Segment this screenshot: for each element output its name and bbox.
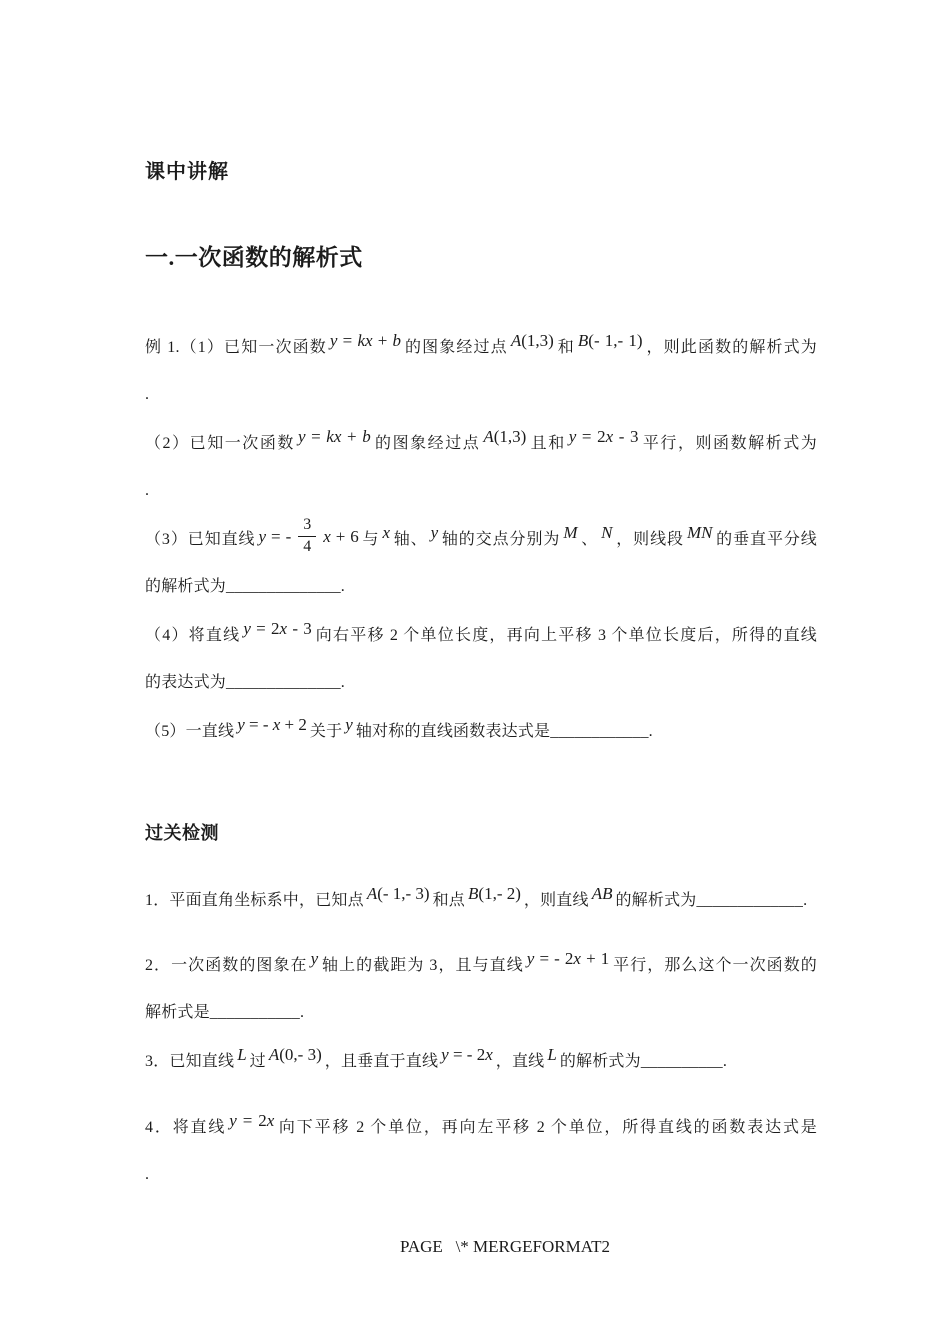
text-run: 关于 <box>310 723 342 740</box>
lecture-heading: 课中讲解 <box>145 148 817 196</box>
text-run: 向右平移 2 个单位长度，再向上平移 3 个单位长度后，所得的直线 <box>315 627 817 644</box>
example1-part5-line1: （5）一直线y = - x + 2关于y轴对称的直线函数表达式是________… <box>145 707 817 755</box>
document-content: 课中讲解 一.一次函数的解析式 例 1.（1）已知一次函数y = kx + b的… <box>0 148 950 1199</box>
text-run: 的图象经过点 <box>404 339 508 356</box>
text-run: ，则线段 <box>616 531 684 548</box>
example1-part2-line1: （2）已知一次函数y = kx + b的图象经过点A(1,3)且和y = 2x … <box>145 419 817 467</box>
text-run: 的解析式为_____________. <box>615 892 807 909</box>
test-q4-period: . <box>145 1151 817 1199</box>
test-questions-block: 1．平面直角坐标系中，已知点A(- 1,- 3)和点B(1,- 2)，则直线AB… <box>145 876 817 1199</box>
test-q3: 3．已知直线L过A(0,- 3)，且垂直于直线y = - 2x，直线L的解析式为… <box>145 1037 817 1085</box>
example-problems-block: 例 1.（1）已知一次函数y = kx + b的图象经过点A(1,3)和B(- … <box>145 323 817 755</box>
math-formula: y = kx + b <box>327 331 404 350</box>
math-formula: y <box>308 949 322 968</box>
text-run: （2）已知一次函数 <box>145 435 295 452</box>
text-run: 的表达式为______________. <box>145 674 345 691</box>
text-run: 轴、 <box>393 531 428 548</box>
math-formula: y = 2x <box>226 1111 277 1130</box>
text-run: 、 <box>581 531 599 548</box>
math-formula: y = kx + b <box>295 427 374 446</box>
example1-part4-line1: （4）将直线y = 2x - 3向右平移 2 个单位长度，再向上平移 3 个单位… <box>145 611 817 659</box>
example1-part1-line1: 例 1.（1）已知一次函数y = kx + b的图象经过点A(1,3)和B(- … <box>145 323 817 371</box>
math-formula: y = 2x - 3 <box>566 427 642 446</box>
text-run: 的图象经过点 <box>374 435 481 452</box>
fraction: 34 <box>298 517 316 556</box>
math-formula: x <box>379 523 393 542</box>
page-footer-field: PAGE \* MERGEFORMAT2 <box>400 1223 610 1271</box>
math-formula: y = - 2x + 1 <box>524 949 612 968</box>
text-run: 向下平移 2 个单位，再向左平移 2 个单位，所得直线的函数表达式是 <box>277 1119 817 1136</box>
text-run: 3．已知直线 <box>145 1053 234 1070</box>
text-run: 2．一次函数的图象在 <box>145 957 308 974</box>
math-formula: M <box>560 523 580 542</box>
test-q1: 1．平面直角坐标系中，已知点A(- 1,- 3)和点B(1,- 2)，则直线AB… <box>145 876 817 924</box>
test-q2-line2: 解析式是___________. <box>145 989 817 1037</box>
text-run: 的解析式为______________. <box>145 578 345 595</box>
math-formula: y <box>428 523 442 542</box>
math-formula: y = - 2x <box>438 1045 496 1064</box>
math-formula: N <box>598 523 615 542</box>
math-fraction-formula: y = - 34 x + 6 <box>255 527 361 546</box>
example1-part3-line1: （3）已知直线y = - 34 x + 6与x轴、y轴的交点分别为M、N，则线段… <box>145 515 817 563</box>
test-q4-line1: 4．将直线y = 2x向下平移 2 个单位，再向左平移 2 个单位，所得直线的函… <box>145 1103 817 1151</box>
text-run: 4．将直线 <box>145 1119 226 1136</box>
text-run: . <box>145 1166 149 1183</box>
text-run: 平行，那么这个一次函数的 <box>612 957 817 974</box>
math-formula: B(1,- 2) <box>465 884 524 903</box>
test-q2-line1: 2．一次函数的图象在y轴上的截距为 3，且与直线y = - 2x + 1平行，那… <box>145 941 817 989</box>
document-page: 课中讲解 一.一次函数的解析式 例 1.（1）已知一次函数y = kx + b的… <box>0 0 950 1344</box>
text-run: 例 1.（1）已知一次函数 <box>145 339 327 356</box>
text-run: （5）一直线 <box>145 723 234 740</box>
math-formula: L <box>544 1045 559 1064</box>
math-formula: y = - x + 2 <box>234 715 310 734</box>
math-formula: A(1,3) <box>480 427 529 446</box>
example1-part2-period: . <box>145 467 817 515</box>
text-run: . <box>145 386 149 403</box>
example1-part4-line2: 的表达式为______________. <box>145 659 817 707</box>
text-run: ，直线 <box>496 1053 545 1070</box>
text-run: 且和 <box>529 435 565 452</box>
math-formula: L <box>234 1045 249 1064</box>
math-formula: MN <box>684 523 716 542</box>
text-run: 轴的交点分别为 <box>441 531 560 548</box>
test-section-heading: 过关检测 <box>145 809 817 857</box>
text-run: . <box>145 482 149 499</box>
text-run: 轴上的截距为 3，且与直线 <box>321 957 524 974</box>
math-formula: A(0,- 3) <box>266 1045 325 1064</box>
example1-part1-period: . <box>145 371 817 419</box>
text-run: 过 <box>250 1053 266 1070</box>
text-run: ，则此函数的解析式为 <box>646 339 817 356</box>
section-heading: 一.一次函数的解析式 <box>145 234 817 282</box>
text-run: （3）已知直线 <box>145 531 255 548</box>
text-run: 的解析式为__________. <box>560 1053 727 1070</box>
text-run: 1．平面直角坐标系中，已知点 <box>145 892 364 909</box>
text-run: ，则直线 <box>524 892 589 909</box>
math-formula: A(1,3) <box>508 331 557 350</box>
math-formula: AB <box>589 884 616 903</box>
math-formula: y = 2x - 3 <box>240 619 314 638</box>
text-run: 和点 <box>433 892 465 909</box>
math-formula: y <box>342 715 356 734</box>
text-run: ，且垂直于直线 <box>325 1053 438 1070</box>
text-run: 解析式是___________. <box>145 1004 304 1021</box>
math-formula: A(- 1,- 3) <box>364 884 433 903</box>
text-run: 的垂直平分线 <box>715 531 817 548</box>
example1-part3-line2: 的解析式为______________. <box>145 563 817 611</box>
text-run: 和 <box>557 339 575 356</box>
math-formula: B(- 1,- 1) <box>575 331 646 350</box>
text-run: （4）将直线 <box>145 627 240 644</box>
text-run: 轴对称的直线函数表达式是____________. <box>356 723 653 740</box>
text-run: 与 <box>362 531 380 548</box>
text-run: 平行，则函数解析式为 <box>642 435 818 452</box>
